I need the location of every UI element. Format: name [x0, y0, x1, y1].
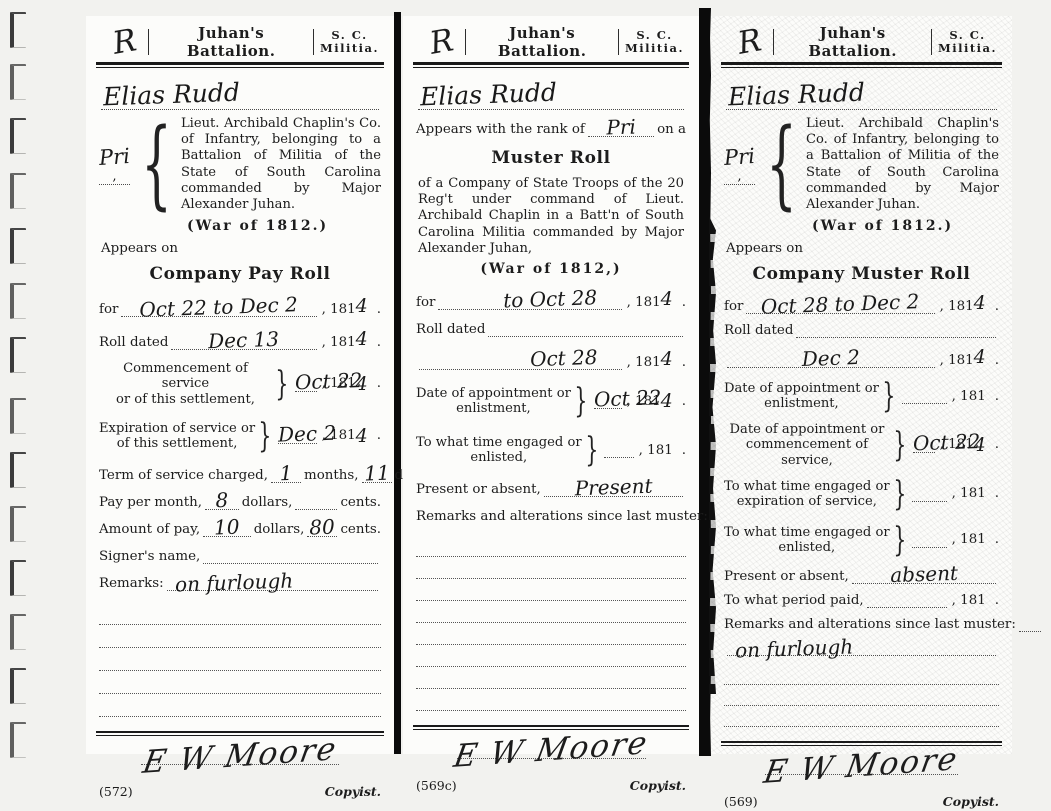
date-commencement-label-line1: Date of appointment or [730, 422, 885, 437]
blank-line [99, 694, 381, 717]
period: . [995, 593, 999, 608]
copyist-label: Copyist. [943, 794, 999, 809]
year-prefix: , 181 [952, 532, 986, 547]
for-label: for [99, 302, 118, 317]
militia-label: S. C. Militia. [936, 29, 999, 54]
card-number: (572) [99, 784, 133, 799]
field-roll-dated-continued: Oct 28 , 1814 . [416, 348, 686, 370]
blank-line [416, 623, 686, 645]
war-of-1812-label: (War of 1812.) [187, 218, 381, 234]
commencement-label-line2: or of this settlement, [116, 392, 255, 407]
battalion-label: Juhan's Battalion. [470, 24, 614, 60]
blank-line [416, 689, 686, 711]
roll-title: Company Pay Roll [99, 264, 381, 284]
period: . [377, 428, 381, 443]
field-roll-dated-continued: Dec 2 , 1814 . [724, 346, 999, 368]
date-commencement-label-line2: commencement of service, [746, 437, 868, 467]
field-pay-per-month: Pay per month, 8 dollars, cents. [99, 494, 381, 510]
company-pay-roll-card: R Juhan's Battalion. S. C. Militia. Elia… [86, 16, 394, 754]
soldier-name: Elias Rudd [103, 78, 241, 112]
rank-value: Pri [587, 114, 654, 140]
roll-dated-entry-line [488, 321, 683, 337]
year-prefix: , 181 [639, 443, 673, 458]
field-signers-name: Signer's name, [99, 548, 381, 564]
period: . [377, 376, 381, 391]
card-footer: (569c) Copyist. [416, 778, 686, 793]
roll-dated-value: Dec 2 [727, 343, 935, 374]
blank-line [416, 579, 686, 601]
signers-name-label: Signer's name, [99, 549, 200, 564]
card-number: (569) [724, 794, 758, 809]
right-brace: } [275, 364, 288, 404]
field-rank: Appears with the rank of Pri on a [416, 121, 686, 137]
header-rule [721, 62, 1002, 68]
soldier-name-line: Elias Rudd [418, 80, 684, 110]
roll-dated-value: Dec 13 [171, 326, 317, 355]
signature-block: E W Moore [416, 732, 686, 776]
binding-hole-mark [10, 452, 26, 488]
period-paid-label: To what period paid, [724, 593, 864, 608]
rank-entry: Pri, [724, 145, 755, 185]
header-divider [618, 29, 619, 55]
right-brace: } [258, 416, 271, 456]
period: . [995, 437, 999, 452]
time-engaged-enlisted-label: To what time engaged or enlisted, [724, 525, 890, 555]
signature-block: E W Moore [724, 748, 999, 792]
term-months-value: 1 [271, 460, 302, 485]
time-engaged-enlisted-entry [912, 532, 946, 548]
cents-label: cents. [340, 522, 381, 537]
present-value: absent [851, 559, 996, 588]
remarks-entry [1019, 616, 1041, 632]
header-divider [313, 29, 314, 55]
blank-line [99, 625, 381, 648]
battalion-label: Juhan's Battalion. [778, 24, 927, 60]
film-divider-bar [394, 12, 401, 754]
rank-and-unit-block: Pri, { Lieut. Archibald Chaplin's Co. of… [99, 116, 381, 213]
battalion-label: Juhan's Battalion. [153, 24, 309, 60]
remarks-value: on furlough [735, 629, 997, 662]
year-prefix: , 181 [322, 335, 356, 350]
field-for: for to Oct 28 , 1814 . [416, 288, 686, 310]
field-present-or-absent: Present or absent, absent [724, 568, 999, 584]
rank-line-prefix: Appears with the rank of [416, 122, 585, 137]
remarks-entry: on furlough [167, 575, 378, 591]
appears-on-label: Appears on [101, 241, 381, 256]
field-period-paid: To what period paid, , 181 . [724, 592, 999, 608]
left-brace: { [141, 124, 172, 206]
time-engaged-entry [604, 442, 633, 458]
year-digit: 4 [974, 346, 986, 368]
war-of-1812-label: (War of 1812.) [812, 218, 999, 234]
commencement-entry-line: Oct 22 [295, 376, 317, 392]
right-brace: } [893, 474, 906, 514]
left-brace: { [766, 124, 797, 206]
year-prefix: , 181 [940, 299, 974, 314]
for-label: for [724, 299, 743, 314]
rank-comma: , [737, 169, 741, 184]
card-header: R Juhan's Battalion. S. C. Militia. [99, 22, 381, 62]
period: . [995, 389, 999, 404]
expiration-value: Dec 2 [277, 421, 317, 446]
commencement-label: Commencement of service or of this settl… [99, 361, 272, 406]
index-letter: R [427, 25, 455, 60]
field-remarks-alterations: Remarks and alterations since last muste… [724, 616, 999, 632]
unit-description: Lieut. Archibald Chaplin's Co. of Infant… [806, 116, 999, 213]
field-time-engaged-enlisted: To what time engaged or enlisted, } , 18… [724, 520, 999, 560]
dollars-label: dollars, [242, 495, 293, 510]
militia-bottom: Militia. [938, 42, 997, 55]
soldier-name: Elias Rudd [420, 78, 558, 112]
copyist-label: Copyist. [325, 784, 381, 799]
year-prefix: , 181 [627, 295, 661, 310]
binding-hole-mark [10, 560, 26, 596]
roll-dated-entry-line [796, 322, 996, 338]
card-footer: (569) Copyist. [724, 794, 999, 809]
soldier-name-line: Elias Rudd [726, 80, 997, 110]
copyist-signature: E W Moore [761, 740, 961, 790]
term-label: Term of service charged, [99, 468, 268, 483]
date-appointment-label-line1: Date of appointment or [416, 386, 571, 401]
muster-roll-description: of a Company of State Troops of the 20 R… [416, 176, 686, 257]
roll-dated-entry-line2: Dec 2 [727, 352, 935, 368]
expiration-entry-line: Dec 2 [278, 428, 317, 444]
roll-dated-label: Roll dated [99, 335, 168, 350]
year-prefix: , 181 [952, 389, 986, 404]
period: . [995, 299, 999, 314]
field-amount-of-pay: Amount of pay, 10 dollars, 80 cents. [99, 521, 381, 537]
binding-hole-mark [10, 722, 26, 758]
header-divider [931, 29, 932, 55]
time-engaged-label-line2: enlisted, [470, 450, 527, 465]
card-header: R Juhan's Battalion. S. C. Militia. [416, 22, 686, 62]
expiration-label-line2: of this settlement, [117, 436, 238, 451]
right-brace: } [585, 430, 598, 470]
roll-dated-label: Roll dated [724, 323, 793, 338]
blank-line [99, 671, 381, 694]
period: . [995, 532, 999, 547]
field-present-or-absent: Present or absent, Present [416, 481, 686, 497]
year-digit: 4 [356, 425, 368, 447]
copyist-label: Copyist. [630, 778, 686, 793]
date-appointment-label: Date of appointment or enlistment, [724, 381, 879, 411]
rank-value: Pri [723, 144, 755, 170]
period: . [682, 394, 686, 409]
term-days-value: 11 [361, 460, 392, 485]
for-value: to Oct 28 [438, 285, 598, 315]
amount-cents-value: 80 [307, 514, 338, 539]
roll-dated-label: Roll dated [416, 322, 485, 337]
amount-cents-entry: 80 [307, 521, 337, 537]
year-prefix: , 181 [627, 355, 661, 370]
term-days-entry: 11 [362, 467, 392, 483]
company-muster-roll-card: R Juhan's Battalion. S. C. Militia. Elia… [711, 16, 1012, 754]
field-remarks: Remarks: on furlough [99, 575, 381, 591]
card-header: R Juhan's Battalion. S. C. Militia. [724, 22, 999, 62]
pay-cents-entry [295, 494, 337, 510]
roll-dated-value: Oct 28 [419, 345, 598, 375]
time-engaged-expiration-line2: expiration of service, [737, 494, 877, 509]
header-divider [773, 29, 774, 55]
time-engaged-expiration-entry [912, 486, 946, 502]
present-or-absent-label: Present or absent, [416, 482, 541, 497]
commencement-label-line1: Commencement of service [123, 361, 248, 391]
year-digit: 4 [661, 288, 673, 310]
time-engaged-expiration-label: To what time engaged or expiration of se… [724, 479, 890, 509]
right-brace: } [574, 381, 587, 421]
binding-hole-mark [10, 64, 26, 100]
remarks-value-line: on furlough [727, 640, 996, 656]
binding-hole-mark [10, 668, 26, 704]
amount-dollars-value: 10 [203, 514, 251, 540]
copyist-signature: E W Moore [140, 730, 340, 780]
field-commencement: Commencement of service or of this settl… [99, 361, 381, 406]
months-label: months, [304, 468, 359, 483]
year-prefix: , 181 [322, 302, 356, 317]
militia-bottom: Militia. [320, 42, 379, 55]
rank-value: Pri [98, 144, 130, 170]
pay-per-month-label: Pay per month, [99, 495, 202, 510]
expiration-label: Expiration of service or of this settlem… [99, 421, 255, 451]
index-letter: R [110, 25, 138, 60]
rank-entry: Pri, [99, 145, 130, 185]
binding-hole-mark [10, 337, 26, 373]
date-appointment-value: Oct 22 [593, 387, 622, 412]
index-letter: R [735, 25, 763, 60]
binding-hole-mark [10, 12, 26, 48]
date-appointment-entry: Oct 22 [594, 393, 622, 409]
remarks-label: Remarks: [99, 576, 164, 591]
header-rule [413, 62, 689, 68]
field-roll-dated: Roll dated [724, 322, 999, 338]
remarks-value: on furlough [174, 565, 378, 596]
commencement-value: Oct 22 [294, 370, 317, 395]
cents-label: cents. [340, 495, 381, 510]
expiration-label-line1: Expiration of service or [99, 421, 255, 436]
present-entry: Present [544, 481, 683, 497]
period: . [682, 295, 686, 310]
roll-dated-entry-line: Dec 13 [171, 334, 316, 350]
field-date-of-appointment: Date of appointment or enlistment, } , 1… [724, 376, 999, 416]
blank-line [416, 557, 686, 579]
pay-dollars-entry: 8 [205, 494, 239, 510]
right-brace: } [893, 425, 906, 465]
date-appointment-label-line1: Date of appointment or [724, 381, 879, 396]
time-engaged-enlisted-line2: enlisted, [778, 540, 835, 555]
blank-line [724, 706, 999, 727]
field-date-commencement: Date of appointment or commencement of s… [724, 422, 999, 467]
copyist-signature: E W Moore [451, 725, 651, 775]
roll-title: Muster Roll [416, 148, 686, 168]
period: . [377, 302, 381, 317]
rank-line-suffix: on a [657, 122, 686, 137]
header-divider [465, 29, 466, 55]
date-appointment-label-line2: enlistment, [456, 401, 531, 416]
amount-of-pay-label: Amount of pay, [99, 522, 200, 537]
scanned-record-page: R Juhan's Battalion. S. C. Militia. Elia… [0, 0, 1051, 811]
blank-line [416, 645, 686, 667]
time-engaged-label: To what time engaged or enlisted, [416, 435, 582, 465]
signature-block: E W Moore [99, 738, 381, 782]
binding-hole-mark [10, 614, 26, 650]
year-digit: 4 [356, 295, 368, 317]
blank-line [416, 667, 686, 689]
period-paid-entry [867, 592, 947, 608]
year-prefix: , 181 [952, 486, 986, 501]
period: . [995, 486, 999, 501]
present-value: Present [543, 473, 683, 502]
header-rule [96, 62, 384, 68]
date-appointment-label-line2: enlistment, [764, 396, 839, 411]
binding-hole-mark [10, 398, 26, 434]
muster-roll-card: R Juhan's Battalion. S. C. Militia. Elia… [403, 16, 699, 754]
footer-rule [96, 731, 384, 736]
dollars-label: dollars, [254, 522, 305, 537]
field-time-engaged-expiration: To what time engaged or expiration of se… [724, 474, 999, 514]
signers-name-entry [203, 548, 378, 564]
field-roll-dated: Roll dated [416, 321, 686, 337]
rank-and-unit-block: Pri, { Lieut. Archibald Chaplin's Co. of… [724, 116, 999, 213]
roll-dated-entry-line2: Oct 28 [419, 354, 622, 370]
blank-line [416, 535, 686, 557]
for-value: Oct 22 to Dec 2 [121, 292, 317, 323]
date-appointment-label: Date of appointment or enlistment, [416, 386, 571, 416]
remarks-alterations-label: Remarks and alterations since last muste… [416, 509, 708, 524]
date-commencement-entry: Oct 22 [913, 437, 935, 453]
field-remarks-value-line: on furlough [724, 640, 999, 656]
soldier-name: Elias Rudd [728, 78, 866, 112]
for-entry-line: to Oct 28 [438, 294, 621, 310]
militia-bottom: Militia. [625, 42, 684, 55]
time-engaged-expiration-line1: To what time engaged or [724, 479, 890, 494]
for-entry-line: Oct 22 to Dec 2 [121, 301, 316, 317]
year-digit: 4 [661, 348, 673, 370]
present-entry: absent [852, 568, 996, 584]
period: . [377, 335, 381, 350]
header-divider [148, 29, 149, 55]
unit-description: Lieut. Archibald Chaplin's Co. of Infant… [181, 116, 381, 213]
term-months-entry: 1 [271, 467, 301, 483]
binding-hole-mark [10, 118, 26, 154]
date-commencement-label: Date of appointment or commencement of s… [724, 422, 890, 467]
militia-label: S. C. Militia. [623, 29, 686, 54]
period: . [682, 443, 686, 458]
amount-dollars-entry: 10 [203, 521, 251, 537]
blank-line [99, 648, 381, 671]
binding-hole-mark [10, 506, 26, 542]
appears-on-label: Appears on [726, 241, 999, 256]
year-prefix: , 181 [940, 353, 974, 368]
time-engaged-label-line1: To what time engaged or [416, 435, 582, 450]
period: . [995, 353, 999, 368]
blank-line [99, 602, 381, 625]
year-prefix: , 181 [952, 593, 986, 608]
field-date-of-appointment: Date of appointment or enlistment, } Oct… [416, 381, 686, 421]
rank-comma: , [112, 169, 116, 184]
right-brace: } [882, 376, 895, 416]
year-digit: 4 [974, 292, 986, 314]
blank-line [724, 664, 999, 685]
year-digit: 4 [356, 328, 368, 350]
field-time-engaged: To what time engaged or enlisted, } , 18… [416, 430, 686, 470]
rank-entry-line: Pri [588, 121, 654, 137]
blank-line [724, 685, 999, 706]
pay-dollars-value: 8 [205, 487, 240, 512]
field-roll-dated: Roll dated Dec 13 , 1814 . [99, 328, 381, 350]
binding-hole-mark [10, 228, 26, 264]
field-term-of-service: Term of service charged, 1 months, 11 da… [99, 467, 381, 483]
card-number: (569c) [416, 778, 457, 793]
card-footer: (572) Copyist. [99, 784, 381, 799]
field-for: for Oct 22 to Dec 2 , 1814 . [99, 295, 381, 317]
date-commencement-value: Oct 22 [912, 431, 935, 456]
period: . [682, 355, 686, 370]
roll-title: Company Muster Roll [724, 264, 999, 284]
date-appointment-entry [902, 388, 947, 404]
time-engaged-enlisted-line1: To what time engaged or [724, 525, 890, 540]
soldier-name-line: Elias Rudd [101, 80, 379, 110]
war-of-1812-label: (War of 1812,) [416, 261, 686, 277]
year-digit: 4 [661, 390, 673, 412]
field-expiration: Expiration of service or of this settlem… [99, 416, 381, 456]
present-or-absent-label: Present or absent, [724, 569, 849, 584]
binding-hole-mark [10, 173, 26, 209]
field-remarks-alterations: Remarks and alterations since last muste… [416, 508, 686, 524]
binding-hole-mark [10, 283, 26, 319]
right-brace: } [893, 520, 906, 560]
field-for: for Oct 28 to Dec 2 , 1814 . [724, 292, 999, 314]
blank-line [416, 601, 686, 623]
for-value: Oct 28 to Dec 2 [746, 289, 935, 320]
militia-label: S. C. Militia. [318, 29, 381, 54]
for-label: for [416, 295, 435, 310]
for-entry-line: Oct 28 to Dec 2 [746, 298, 934, 314]
